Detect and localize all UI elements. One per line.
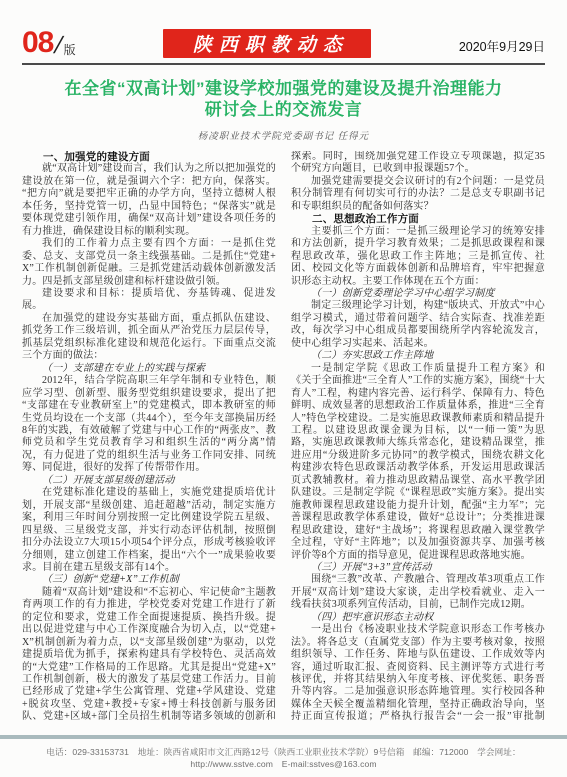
header-divider — [22, 63, 545, 65]
article-block-para: 就“双高计划”建设而言，我们认为之所以把加强党的建设放在第一位，就是强调六个字：… — [22, 163, 276, 238]
article-block-para: 2012年，结合学院高职三年学年制和专业特色，顺应学习型、创新型、服务型党组织建… — [22, 375, 276, 475]
masthead-title: 陕西职教动态 — [186, 30, 349, 57]
issue-date: 2020年9月29日 — [459, 37, 545, 58]
article-block-para: 我们的工作着力点主要有四个方面：一是抓住党委、总支、支部党员一条主线强基础。二是… — [22, 238, 276, 288]
article-block-subheading: （三）创新“党建+X”工作机制 — [22, 574, 276, 586]
footer-divider — [0, 735, 567, 739]
article-block-heading: 一、加强党的建设方面 — [22, 151, 276, 163]
article-byline: 杨凌职业技术学院党委副书记 任得元 — [22, 128, 545, 142]
page-number-label: 版 — [64, 44, 76, 58]
article-block-subheading: （四）把牢意识形态主动权 — [291, 612, 545, 624]
article-block-subheading: （一）创新党委理论学习中心组学习制度 — [291, 288, 545, 300]
article-block-para: 一是制定学院《思政工作质量提升工程方案》和《关于全面推进“三全育人”工作的实施方… — [291, 363, 545, 562]
page-number-value: 08 — [22, 28, 53, 58]
article-block-heading: 二、思想政治工作方面 — [291, 213, 545, 225]
article-block-para: 建设要求和目标：提质培优、夯基铸魂、促进发展。 — [22, 288, 276, 313]
article-block-para: 制定三级理论学习计划，构建“版块式、开放式”中心组学习模式，通过带着问题学、结合… — [291, 300, 545, 350]
article-block-para: 主要抓三个方面：一是抓三级理论学习的统筹安排和方法创新，提升学习教育效果；二是抓… — [291, 226, 545, 288]
page-number: 08 / 版 — [22, 28, 76, 58]
article-block-para: 加强党建需要提交会议研讨的有2个问题：一是党员积分制管理有何切实可行的办法？二是… — [291, 176, 545, 213]
article-block-para: 在加强党的建设夯实基础方面，重点抓队伍建设、抓党务工作三级培训，抓全面从严治党压… — [22, 313, 276, 363]
article-block-para: 在党建标准化建设的基础上，实施党建提质培优计划，开展支部“星级创建、追赶超越”活… — [22, 487, 276, 574]
newspaper-page: 08 / 版 陕西职教动态 2020年9月29日 在全省“双高计划”建设学校加强… — [0, 0, 567, 777]
page-header: 08 / 版 陕西职教动态 2020年9月29日 — [22, 22, 545, 58]
page-footer: 电话：029-33153731 地址：陕西省咸阳市文汇西路12号（陕西工业职业技… — [0, 735, 567, 777]
footer-contact-info: 电话：029-33153731 地址：陕西省咸阳市文汇西路12号（陕西工业职业技… — [0, 746, 567, 770]
article-block-para: 围绕“三教”改革、产教融合、管理改革3项重点工作开展“双高计划”建设大家谈，走出… — [291, 574, 545, 611]
article-block-subheading: （二）夯实思政工作主阵地 — [291, 350, 545, 362]
article-block-subheading: （一）支部建在专业上的实践与探索 — [22, 363, 276, 375]
article-title-line1: 在全省“双高计划”建设学校加强党的建设及提升治理能力 — [65, 79, 503, 98]
masthead-banner: 陕西职教动态 — [163, 29, 371, 58]
article-title-line2: 研讨会上的交流发言 — [205, 100, 363, 119]
article-block-subheading: （二）开展支部星级创建活动 — [22, 475, 276, 487]
article-body: 一、加强党的建设方面就“双高计划”建设而言，我们认为之所以把加强党的建设放在第一… — [22, 151, 545, 743]
article-block-subheading: （三）开展“3+3”宣传活动 — [291, 562, 545, 574]
article-title: 在全省“双高计划”建设学校加强党的建设及提升治理能力 研讨会上的交流发言 — [22, 78, 545, 120]
